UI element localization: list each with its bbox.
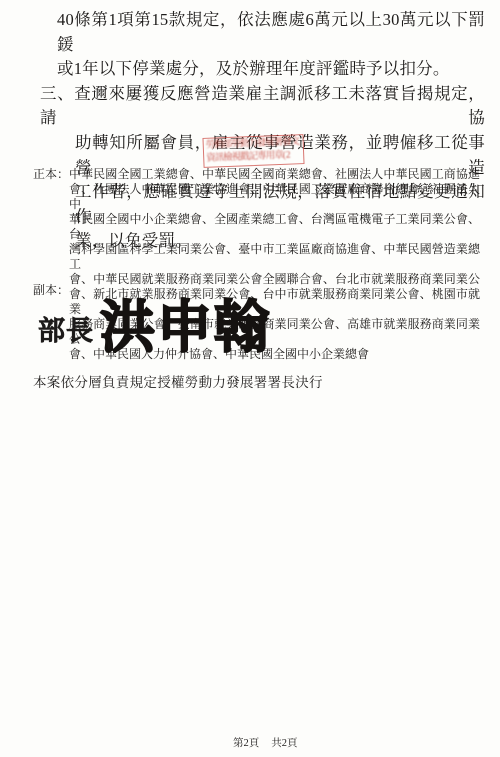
carbon-copy-label: 副本： — [33, 283, 69, 297]
original-copy-label: 正本： — [33, 167, 69, 182]
total-pages: 共2頁 — [271, 738, 297, 749]
recipient-line: 灣科學園區科學工業同業公會、臺中市工業區廠商協進會、中華民國營造業總工 — [69, 242, 480, 272]
minister-title: 部長 — [38, 309, 94, 348]
illegible-stamp-line: 資訊檢視戳記專用章(2 — [206, 149, 301, 166]
red-ink-stamp: 勞動部勞動力發展署發文 資訊檢視戳記專用章(2 — [202, 134, 304, 168]
stamp-legible-fragment: (2 — [283, 151, 291, 161]
body-line: 或1年以下停業處分，及於辦理年度評鑑時予以扣分。 — [57, 57, 500, 82]
recipient-line: 中華民國全國工業總會、中華民國全國商業總會、社團法人中華民國工商協進 — [69, 167, 480, 182]
page-footer: 第2頁共2頁 — [233, 735, 298, 750]
minister-signature: 部長 洪申翰 — [38, 298, 271, 358]
recipient-line: 華民國全國中小企業總會、全國產業總工會、台灣區電機電子工業同業公會、台 — [69, 212, 480, 242]
delegation-note: 本案依分層負責規定授權勞動力發展署署長決行 — [33, 371, 323, 391]
minister-name-calligraphy: 洪申翰 — [100, 297, 271, 358]
body-line-item-3: 三、查邇來屢獲反應營造業雇主調派移工未落實旨揭規定，請協 — [40, 82, 485, 131]
page-number: 第2頁 — [233, 738, 259, 749]
recipient-line: 會、中華民國就業服務商業同業公會全國聯合會、台北市就業服務商業同業公 — [69, 272, 480, 287]
recipient-line: 會、社團法人中華民國工業協進會、中華民國工業區廠商聯合總會、社團法人中 — [69, 182, 480, 212]
document-page: 40條第1項第15款規定，依法應處6萬元以上30萬元以下罰鍰 或1年以下停業處分… — [0, 0, 500, 757]
body-line: 40條第1項第15款規定，依法應處6萬元以上30萬元以下罰鍰 — [57, 8, 485, 57]
